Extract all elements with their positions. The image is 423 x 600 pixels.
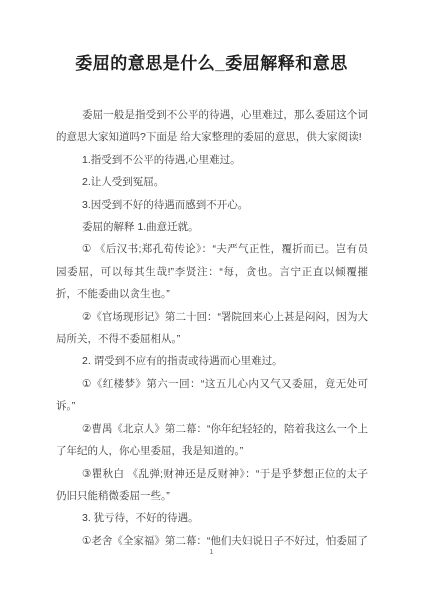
paragraph: ②曹禺《北京人》第二幕：“你年纪轻轻的，陪着我这么一个上了年纪的人，你心里委屈，… bbox=[56, 418, 368, 463]
paragraph: 委屈的解释 1.曲意迁就。 bbox=[56, 216, 368, 238]
paragraph: ① 《后汉书;郑孔荀传论》：“夫严气正性，覆折而已。岂有员园委屈，可以每其生哉!… bbox=[56, 238, 368, 305]
paragraph: 委屈一般是指受到不公平的待遇，心里难过，那么委屈这个词的意思大家知道吗?下面是 … bbox=[56, 104, 368, 149]
paragraph: 3. 犹亏待，不好的待遇。 bbox=[56, 507, 368, 529]
document-body: 委屈一般是指受到不公平的待遇，心里难过，那么委屈这个词的意思大家知道吗?下面是 … bbox=[56, 104, 368, 552]
paragraph: 3.因受到不好的待遇而感到不开心。 bbox=[56, 194, 368, 216]
paragraph: ③瞿秋白 《乱弹;财神还是反财神》：“于是乎梦想正位的太子仍旧只能稍微委屈一些。… bbox=[56, 463, 368, 508]
paragraph: 2.让人受到冤屈。 bbox=[56, 171, 368, 193]
paragraph: 1.指受到不公平的待遇,心里难过。 bbox=[56, 149, 368, 171]
page-number: 1 bbox=[0, 549, 423, 556]
paragraph: ②《官场现形记》第二十回：“署院回来心上甚是闷闷，因为大局所关，不得不委屈相从。… bbox=[56, 306, 368, 351]
paragraph: 2. 谓受到不应有的指责或待遇而心里难过。 bbox=[56, 350, 368, 372]
paragraph: ①《红楼梦》第六一回：“这五儿心内又气又委屈，竟无处可诉。” bbox=[56, 373, 368, 418]
document-title: 委屈的意思是什么_委屈解释和意思 bbox=[38, 52, 385, 76]
document-page: 委屈的意思是什么_委屈解释和意思 委屈一般是指受到不公平的待遇，心里难过，那么委… bbox=[0, 0, 423, 600]
